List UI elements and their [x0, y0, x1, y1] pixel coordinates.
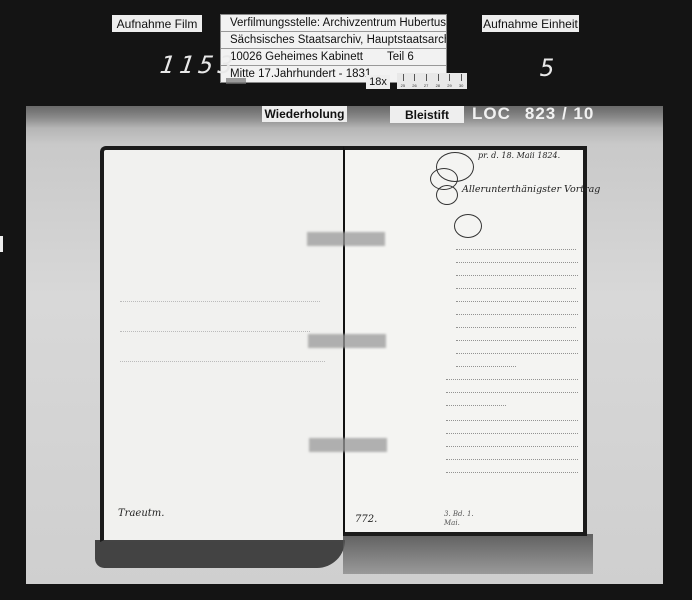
- scale-tick: 25: [401, 83, 405, 89]
- bottom-note: 3. Bd. 1. Mai.: [444, 510, 474, 528]
- handwritten-line: [456, 287, 576, 289]
- handwritten-line: [446, 419, 578, 421]
- measurement-scale: 25 26 27 28 29 30: [397, 73, 467, 89]
- loc-number: 823 / 10: [525, 104, 594, 123]
- handwritten-line: [456, 274, 578, 276]
- binding-shadow: [307, 232, 385, 246]
- calligraphic-flourish: [454, 214, 482, 238]
- film-label: Aufnahme Film: [112, 15, 202, 32]
- page-shadow-right: [343, 534, 593, 574]
- scale-tick: 26: [412, 83, 416, 89]
- handwritten-line: [456, 248, 576, 250]
- handwritten-line: [446, 378, 578, 380]
- film-number: 1153: [158, 51, 240, 79]
- page-shadow-left: [95, 540, 345, 568]
- scale-tick: 29: [447, 83, 451, 89]
- handwritten-line: [446, 391, 578, 393]
- handwritten-line: [456, 352, 578, 354]
- receipt-date: pr. d. 18. Maii 1824.: [478, 151, 560, 160]
- handwritten-line: [456, 326, 576, 328]
- collection-part: Teil 6: [387, 51, 414, 63]
- scale-tick: 28: [436, 83, 440, 89]
- bleed-through-line: [120, 300, 320, 302]
- info-row-collection: 10026 Geheimes KabinettTeil 6: [221, 49, 446, 66]
- pencil-label: Bleistift: [390, 106, 464, 123]
- loc-prefix: LOC: [472, 104, 511, 123]
- bleed-through-line: [120, 330, 310, 332]
- folio-number: 772.: [355, 514, 377, 525]
- document-heading: Allerunterthänigster Vortrag: [462, 184, 600, 195]
- scale-tick: 27: [424, 83, 428, 89]
- bleed-through-line: [120, 360, 325, 362]
- left-page-signature: Traeutm.: [118, 508, 164, 519]
- handwritten-line: [446, 404, 506, 406]
- magnification-label: 18x: [366, 75, 390, 89]
- handwritten-line: [446, 445, 578, 447]
- edge-marker: [0, 236, 3, 252]
- info-row-archive: Sächsisches Staatsarchiv, Hauptstaatsarc…: [221, 32, 446, 49]
- handwritten-line: [456, 300, 578, 302]
- repeat-label: Wiederholung: [262, 106, 347, 122]
- info-row-filming-office: Verfilmungsstelle: Archivzentrum Hubertu…: [221, 15, 446, 32]
- handwritten-line: [456, 261, 578, 263]
- handwritten-line: [456, 339, 578, 341]
- scale-tick: 30: [459, 83, 463, 89]
- handwritten-line: [446, 471, 578, 473]
- calligraphic-flourish: [436, 185, 458, 205]
- handwritten-line: [446, 458, 578, 460]
- binding-shadow: [309, 438, 387, 452]
- collection-name: 10026 Geheimes Kabinett: [230, 51, 363, 63]
- handwritten-line: [456, 313, 578, 315]
- unit-number: 5: [540, 54, 559, 82]
- left-page: [100, 146, 343, 542]
- binding-shadow: [308, 334, 386, 348]
- film-smudge: [226, 78, 246, 84]
- handwritten-line: [456, 365, 516, 367]
- handwritten-line: [446, 432, 578, 434]
- unit-label: Aufnahme Einheit: [482, 15, 579, 32]
- loc-reference: LOC823 / 10: [472, 104, 594, 124]
